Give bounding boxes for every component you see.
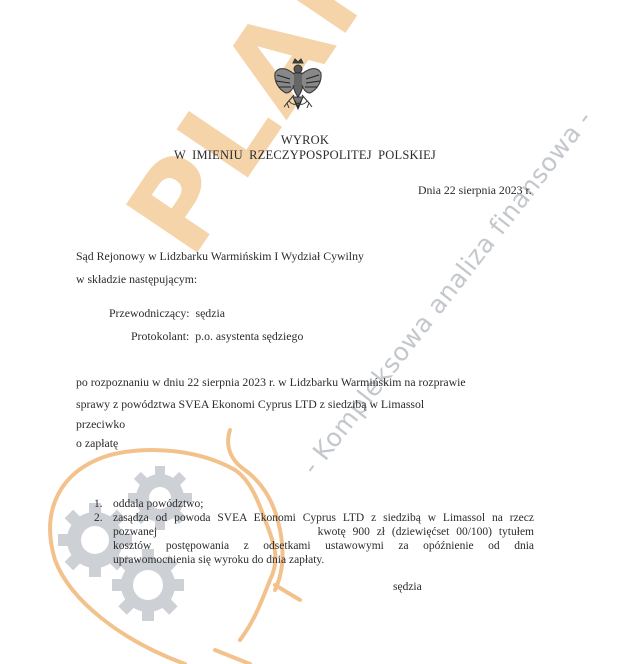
chair-value: sędzia bbox=[195, 306, 224, 320]
composition-intro: w składzie następującym: bbox=[76, 268, 364, 291]
ruling-item: 1. oddala powództwo; bbox=[94, 497, 534, 511]
proceedings: po rozpoznaniu w dniu 22 sierpnia 2023 r… bbox=[76, 371, 466, 453]
ruling-number: 1. bbox=[94, 497, 113, 511]
document-page: PLAN SPŁATY - Kompleksowa analiza finans… bbox=[0, 0, 640, 664]
ruling-text: oddala powództwo; bbox=[113, 497, 534, 511]
court-name: Sąd Rejonowy w Lidzbarku Warmińskim I Wy… bbox=[76, 245, 364, 268]
ruling-line: kosztów postępowania z odsetkami ustawow… bbox=[113, 539, 534, 553]
document-subtitle: W IMIENIU RZECZYPOSPOLITEJ POLSKIEJ bbox=[0, 148, 610, 163]
proceedings-line: sprawy z powództwa SVEA Ekonomi Cyprus L… bbox=[76, 393, 466, 415]
signature: sędzia bbox=[393, 581, 422, 593]
composition-clerk: Protokolant: p.o. asystenta sędziego bbox=[131, 329, 303, 344]
proceedings-line: po rozpoznaniu w dniu 22 sierpnia 2023 r… bbox=[76, 371, 466, 393]
ruling-line: pozwanej kwotę 900 zł (dziewięćset 00/10… bbox=[113, 525, 534, 539]
rulings-list: 1. oddala powództwo; 2. zasądza od powod… bbox=[94, 497, 534, 567]
ruling-line: uprawomocnienia się wyroku do dnia zapła… bbox=[113, 553, 534, 567]
proceedings-line: przeciwko bbox=[76, 415, 466, 434]
document-title: WYROK bbox=[0, 133, 610, 148]
composition-chair: Przewodniczący: sędzia bbox=[109, 306, 225, 321]
clerk-value: p.o. asystenta sędziego bbox=[195, 329, 303, 343]
document-date: Dnia 22 sierpnia 2023 r. bbox=[418, 183, 532, 198]
proceedings-line: o zapłatę bbox=[76, 434, 466, 453]
ruling-item: 2. zasądza od powoda SVEA Ekonomi Cyprus… bbox=[94, 511, 534, 567]
clerk-label: Protokolant: bbox=[131, 329, 189, 344]
document-heading: WYROK W IMIENIU RZECZYPOSPOLITEJ POLSKIE… bbox=[0, 133, 610, 163]
ruling-line: zasądza od powoda SVEA Ekonomi Cyprus LT… bbox=[113, 511, 534, 525]
chair-label: Przewodniczący: bbox=[109, 306, 190, 321]
court-info: Sąd Rejonowy w Lidzbarku Warmińskim I Wy… bbox=[76, 245, 364, 291]
polish-eagle-emblem-icon bbox=[272, 57, 324, 115]
ruling-text: zasądza od powoda SVEA Ekonomi Cyprus LT… bbox=[113, 511, 534, 567]
ruling-line-part: kwotę 900 zł (dziewięćset 00/100) tytułe… bbox=[318, 525, 534, 539]
ruling-line-part: pozwanej bbox=[113, 525, 157, 539]
ruling-number: 2. bbox=[94, 511, 113, 567]
